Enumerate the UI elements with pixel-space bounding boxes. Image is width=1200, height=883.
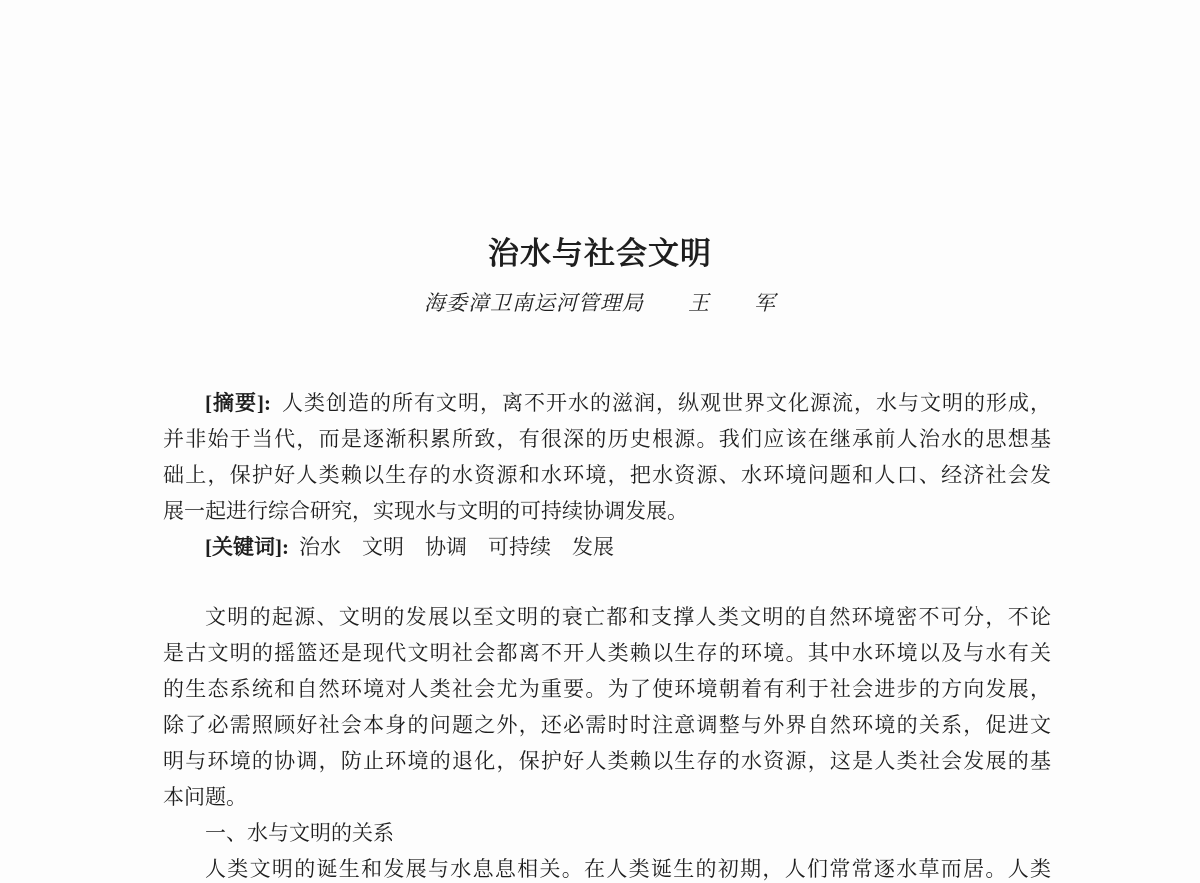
keywords-label: [关键词]: (205, 535, 289, 559)
abstract-label: [摘要]: (205, 391, 271, 415)
keywords-line: [关键词]:治水 文明 协调 可持续 发展 (163, 529, 1051, 565)
abstract-line-1: [摘要]:人类创造的所有文明，离不开水的滋润，纵观世界文化源流，水与文明的形成， (163, 385, 1051, 421)
abstract-line-1-text: 人类创造的所有文明，离不开水的滋润，纵观世界文化源流，水与文明的形成， (281, 391, 1051, 415)
body-paragraph1-line-2: 是古文明的摇篮还是现代文明社会都离不开人类赖以生存的环境。其中水环境以及与水有关 (163, 635, 1051, 671)
body-paragraph2-line-1: 人类文明的诞生和发展与水息息相关。在人类诞生的初期，人们常常逐水草而居。人类 (163, 851, 1051, 883)
abstract-line-2: 并非始于当代，而是逐渐积累所致，有很深的历史根源。我们应该在继承前人治水的思想基 (163, 421, 1051, 457)
paper-title: 治水与社会文明 (0, 234, 1200, 274)
document-page: 治水与社会文明 海委漳卫南运河管理局 王 军 [摘要]:人类创造的所有文明，离不… (0, 0, 1200, 883)
section-gap (163, 565, 1051, 599)
body-paragraph1-line-6: 本问题。 (163, 779, 1051, 815)
body-paragraph1-line-3: 的生态系统和自然环境对人类社会尤为重要。为了使环境朝着有利于社会进步的方向发展， (163, 671, 1051, 707)
abstract-line-3: 础上，保护好人类赖以生存的水资源和水环境，把水资源、水环境问题和人口、经济社会发 (163, 457, 1051, 493)
paper-byline: 海委漳卫南运河管理局 王 军 (0, 288, 1200, 318)
abstract-line-4: 展一起进行综合研究，实现水与文明的可持续协调发展。 (163, 493, 1051, 529)
body-paragraph1-line-4: 除了必需照顾好社会本身的问题之外，还必需时时注意调整与外界自然环境的关系，促进文 (163, 707, 1051, 743)
paper-text-block: [摘要]:人类创造的所有文明，离不开水的滋润，纵观世界文化源流，水与文明的形成，… (163, 385, 1051, 883)
body-paragraph1-line-5: 明与环境的协调，防止环境的退化，保护好人类赖以生存的水资源，这是人类社会发展的基 (163, 743, 1051, 779)
keywords-text: 治水 文明 协调 可持续 发展 (299, 535, 614, 559)
body-paragraph1-line-1: 文明的起源、文明的发展以至文明的衰亡都和支撑人类文明的自然环境密不可分，不论 (163, 599, 1051, 635)
section-heading-1: 一、水与文明的关系 (163, 815, 1051, 851)
